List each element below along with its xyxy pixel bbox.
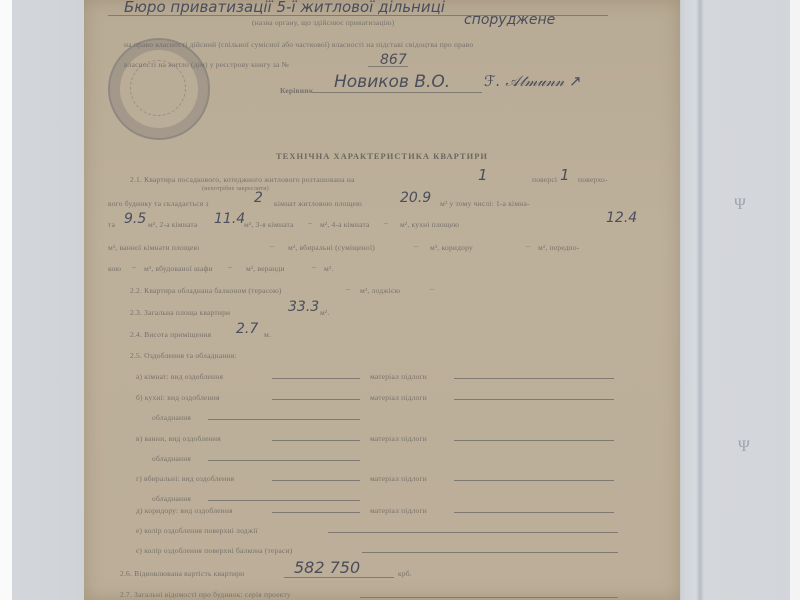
material-label: матеріал підлоги: [370, 506, 427, 515]
floor-value: 1: [478, 166, 488, 184]
unit: м.: [264, 330, 271, 339]
item-21-text: вого будинку та складається з: [108, 199, 209, 208]
unit: м².: [320, 308, 329, 317]
underline: [208, 419, 360, 420]
item-21-text: кімнат житловою площею: [274, 199, 362, 208]
item-21-text: та: [108, 220, 115, 229]
background-surface-right: Ψ Ψ: [676, 0, 800, 600]
item-21-text: поверсі: [532, 175, 557, 184]
item-21-text: кою: [108, 264, 121, 273]
finish-row-label: б) кухні: вид оздоблення: [136, 393, 220, 402]
finish-row-label: г) вбиральні: вид оздоблення: [136, 474, 234, 483]
room2-value: 11.4: [214, 211, 245, 227]
finish-row-label: а) кімнат: вид оздоблення: [136, 372, 223, 381]
underline: [454, 399, 614, 400]
underline: [454, 512, 614, 513]
item-22-text: 2.2. Квартира обладнана балконом (терасо…: [130, 286, 282, 295]
balcony-value: –: [346, 284, 350, 293]
item-23-text: 2.3. Загальна площа квартири: [130, 308, 230, 317]
underline: [454, 378, 614, 379]
finish-row-label: є) колір оздоблення поверхні балкона (те…: [136, 546, 292, 555]
document-page: Бюро приватизації 5-ї житлової дільниці …: [84, 0, 680, 600]
item-25-title: 2.5. Оздоблення та обладнання:: [130, 351, 237, 360]
material-label: матеріал підлоги: [370, 393, 427, 402]
underline: [208, 460, 360, 461]
loggia-value: –: [430, 284, 434, 293]
item-21-text: м², кухні площею: [400, 220, 459, 229]
underline: [312, 92, 482, 93]
item-21-text: м², коридору: [430, 243, 473, 252]
closet-value: –: [228, 262, 232, 271]
room3-value: –: [308, 218, 312, 227]
item-27-text: 2.7. Загальні відомості про будинок: сер…: [120, 590, 291, 599]
height-value: 2.7: [236, 321, 258, 337]
section-title: ТЕХНІЧНА ХАРАКТЕРИСТИКА КВАРТИРИ: [84, 151, 680, 161]
material-label: матеріал підлоги: [370, 474, 427, 483]
head-label: Керівник: [280, 86, 313, 95]
item-21-text: м², 3-я кімната: [244, 220, 294, 229]
underline: [368, 66, 408, 67]
item-21-text: м².: [324, 264, 333, 273]
finish-row-label: е) колір оздоблення поверхні лоджії: [136, 526, 258, 535]
finish-row-label: в) ванни, вид оздоблення: [136, 434, 221, 443]
replacement-value: 582 750: [294, 558, 360, 577]
hall-value: –: [132, 262, 136, 271]
trident-watermark-icon: Ψ: [734, 196, 746, 214]
handwritten-authority-end: споруджене: [464, 12, 555, 28]
unit: крб.: [398, 569, 412, 578]
item-21-text: м², веранди: [246, 264, 285, 273]
head-signature: ℱ. 𝒜𝓉𝓂𝓊𝓃𝓃 ↗: [484, 72, 582, 90]
room1-value: 9.5: [124, 211, 146, 227]
kitchen-value: 12.4: [606, 210, 637, 226]
wc-value: –: [414, 241, 418, 250]
material-label: матеріал підлоги: [370, 372, 427, 381]
background-surface-left: [12, 0, 90, 600]
item-22-text: м², лоджією: [360, 286, 400, 295]
bath-value: –: [270, 241, 274, 250]
underline: [328, 532, 618, 533]
underline: [272, 512, 360, 513]
item-21-text: м², вбудованої шафи: [144, 264, 213, 273]
underline: [284, 577, 394, 578]
equipment-label: обладнання: [152, 454, 191, 463]
photo-border: [790, 0, 800, 600]
underline: [272, 480, 360, 481]
veranda-value: –: [312, 262, 316, 271]
item-21-text: м², ванної кімнати площею: [108, 243, 199, 252]
item-21-text: м², вбиральні (суміщеної): [288, 243, 375, 252]
item-26-text: 2.6. Відновлювана вартість квартири: [120, 569, 244, 578]
underline: [360, 597, 618, 598]
underline: [362, 552, 618, 553]
item-21-text: м², 2-а кімната: [148, 220, 198, 229]
living-area-value: 20.9: [400, 190, 431, 206]
head-name: Новиков В.О.: [334, 72, 450, 92]
total-area-value: 33.3: [288, 299, 319, 315]
equipment-label: обладнання: [152, 413, 191, 422]
trident-watermark-icon: Ψ: [738, 438, 750, 456]
authority-hint: (назва органу, що здійснює приватизацію): [252, 18, 394, 27]
underline: [272, 378, 360, 379]
item-21-text: м², 4-а кімната: [320, 220, 370, 229]
underline: [454, 440, 614, 441]
underline: [272, 399, 360, 400]
item-21-text: м², передпо-: [538, 243, 580, 252]
item-24-text: 2.4. Висота приміщення: [130, 330, 211, 339]
underline: [454, 480, 614, 481]
item-21-text: поверхо-: [578, 175, 608, 184]
material-label: матеріал підлоги: [370, 434, 427, 443]
floors-total-value: 1: [560, 166, 570, 184]
equipment-label: обладнання: [152, 494, 191, 503]
underline: [272, 440, 360, 441]
rooms-value: 2: [254, 190, 263, 206]
official-stamp: [108, 38, 210, 140]
corridor-value: –: [526, 241, 530, 250]
finish-row-label: д) коридору: вид оздоблення: [136, 506, 233, 515]
item-21-text: 2.1. Квартира посадкового, котеджного жи…: [130, 175, 355, 184]
item-21-text: м² у тому числі: 1-а кімна-: [440, 199, 530, 208]
room4-value: –: [384, 218, 388, 227]
handwritten-authority: Бюро приватизації 5-ї житлової дільниці: [124, 0, 445, 16]
underline: [208, 500, 360, 501]
